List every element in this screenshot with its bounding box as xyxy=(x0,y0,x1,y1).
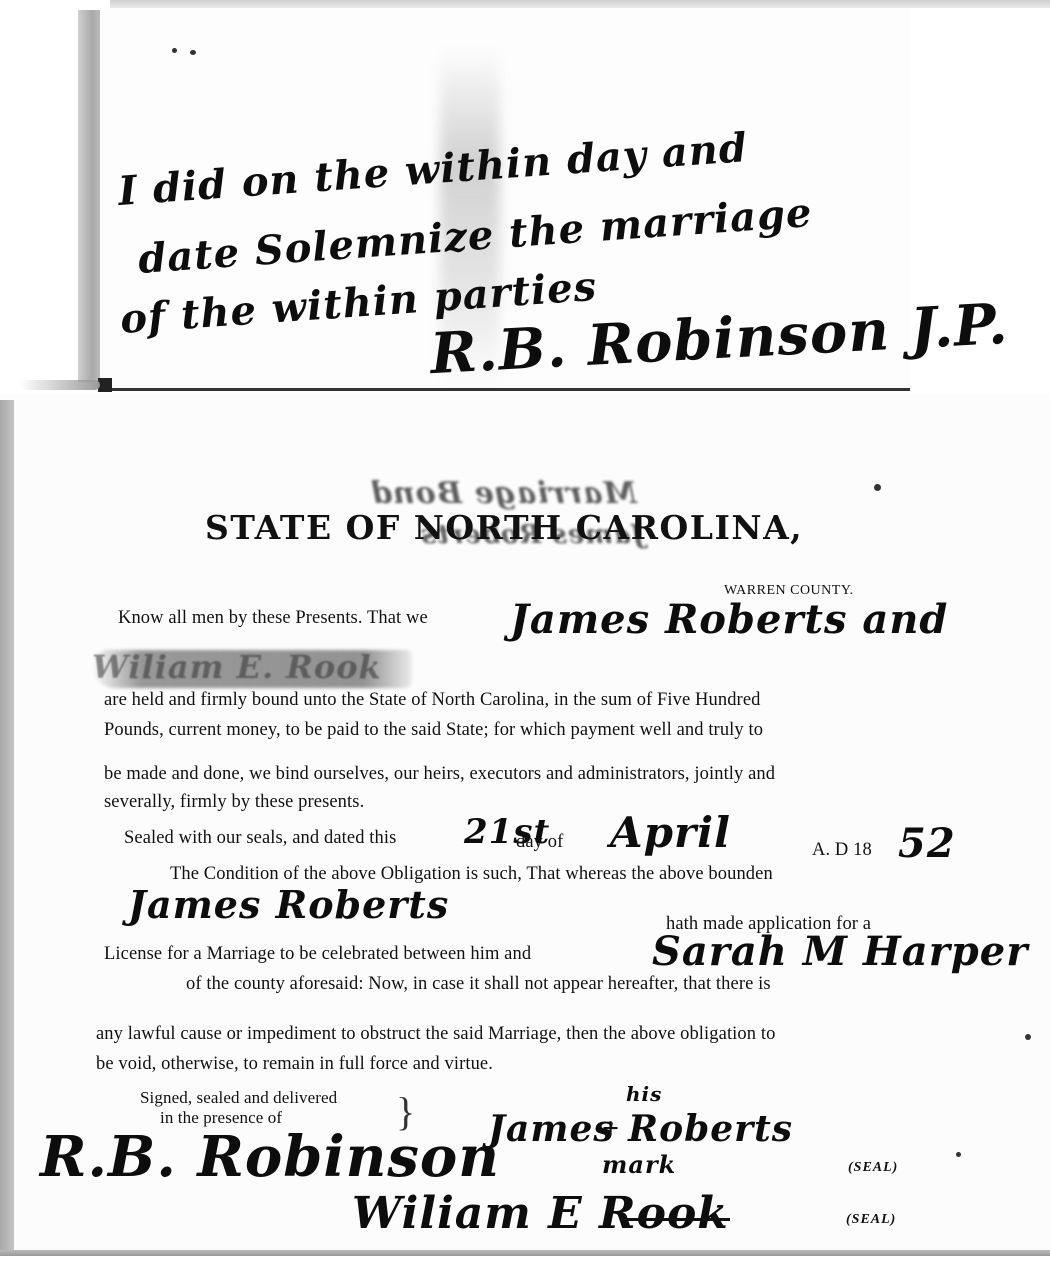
smudge xyxy=(20,380,100,390)
cross-mark: + xyxy=(602,1112,619,1146)
date-month: April xyxy=(610,808,731,857)
line-7-prefix: Sealed with our seals, and dated this xyxy=(124,828,396,849)
signer-1-name: James Roberts xyxy=(488,1108,793,1150)
reverse-bleed-line-1: Marriage Bond xyxy=(370,476,637,511)
signer-2-name: Wiliam E Rook xyxy=(352,1188,729,1239)
slip-corner-mark xyxy=(98,378,112,392)
signature-strike xyxy=(620,1218,730,1221)
endorsement-slip: I did on the within day and date Solemni… xyxy=(100,8,910,391)
scan-speck xyxy=(956,1152,961,1157)
line-10-prefix: License for a Marriage to be celebrated … xyxy=(104,944,531,965)
sheet-left-edge xyxy=(0,400,14,1256)
line-4: Pounds, current money, to be paid to the… xyxy=(104,720,763,741)
line-13: be void, otherwise, to remain in full fo… xyxy=(96,1054,493,1075)
scan-speck xyxy=(874,484,881,491)
line-11: of the county aforesaid: Now, in case it… xyxy=(186,974,771,995)
document-title: STATE OF NORTH CAROLINA, xyxy=(205,508,803,547)
date-year: 52 xyxy=(898,820,956,867)
line-3: are held and firmly bound unto the State… xyxy=(104,690,760,711)
his-label: his xyxy=(626,1082,662,1106)
line-1-prefix: Know all men by these Presents. That we xyxy=(118,608,428,629)
anno-domini-label: A. D 18 xyxy=(812,840,872,861)
scan-speck xyxy=(190,50,196,55)
scan-speck xyxy=(1025,1034,1031,1040)
mark-label: mark xyxy=(602,1150,676,1179)
witness-label-1: Signed, sealed and delivered xyxy=(140,1088,337,1108)
witness-signature: R.B. Robinson xyxy=(40,1124,500,1190)
line-7-mid: day of xyxy=(516,832,563,853)
principal-name: James Roberts and xyxy=(510,596,948,643)
line-12: any lawful cause or impediment to obstru… xyxy=(96,1024,775,1045)
scan-speck xyxy=(172,48,177,53)
seal-label-1: (SEAL) xyxy=(848,1160,898,1176)
bounden-name: James Roberts xyxy=(128,882,449,927)
line-6: severally, firmly by these presents. xyxy=(104,792,364,813)
line-5: be made and done, we bind ourselves, our… xyxy=(104,764,775,785)
sheet-bottom-edge xyxy=(0,1250,1050,1256)
paper-top-edge xyxy=(110,0,1050,8)
bride-name: Sarah M Harper xyxy=(652,928,1028,975)
seal-label-2: (SEAL) xyxy=(846,1212,896,1228)
struck-out-name: Wiliam E. Rook xyxy=(92,648,382,686)
